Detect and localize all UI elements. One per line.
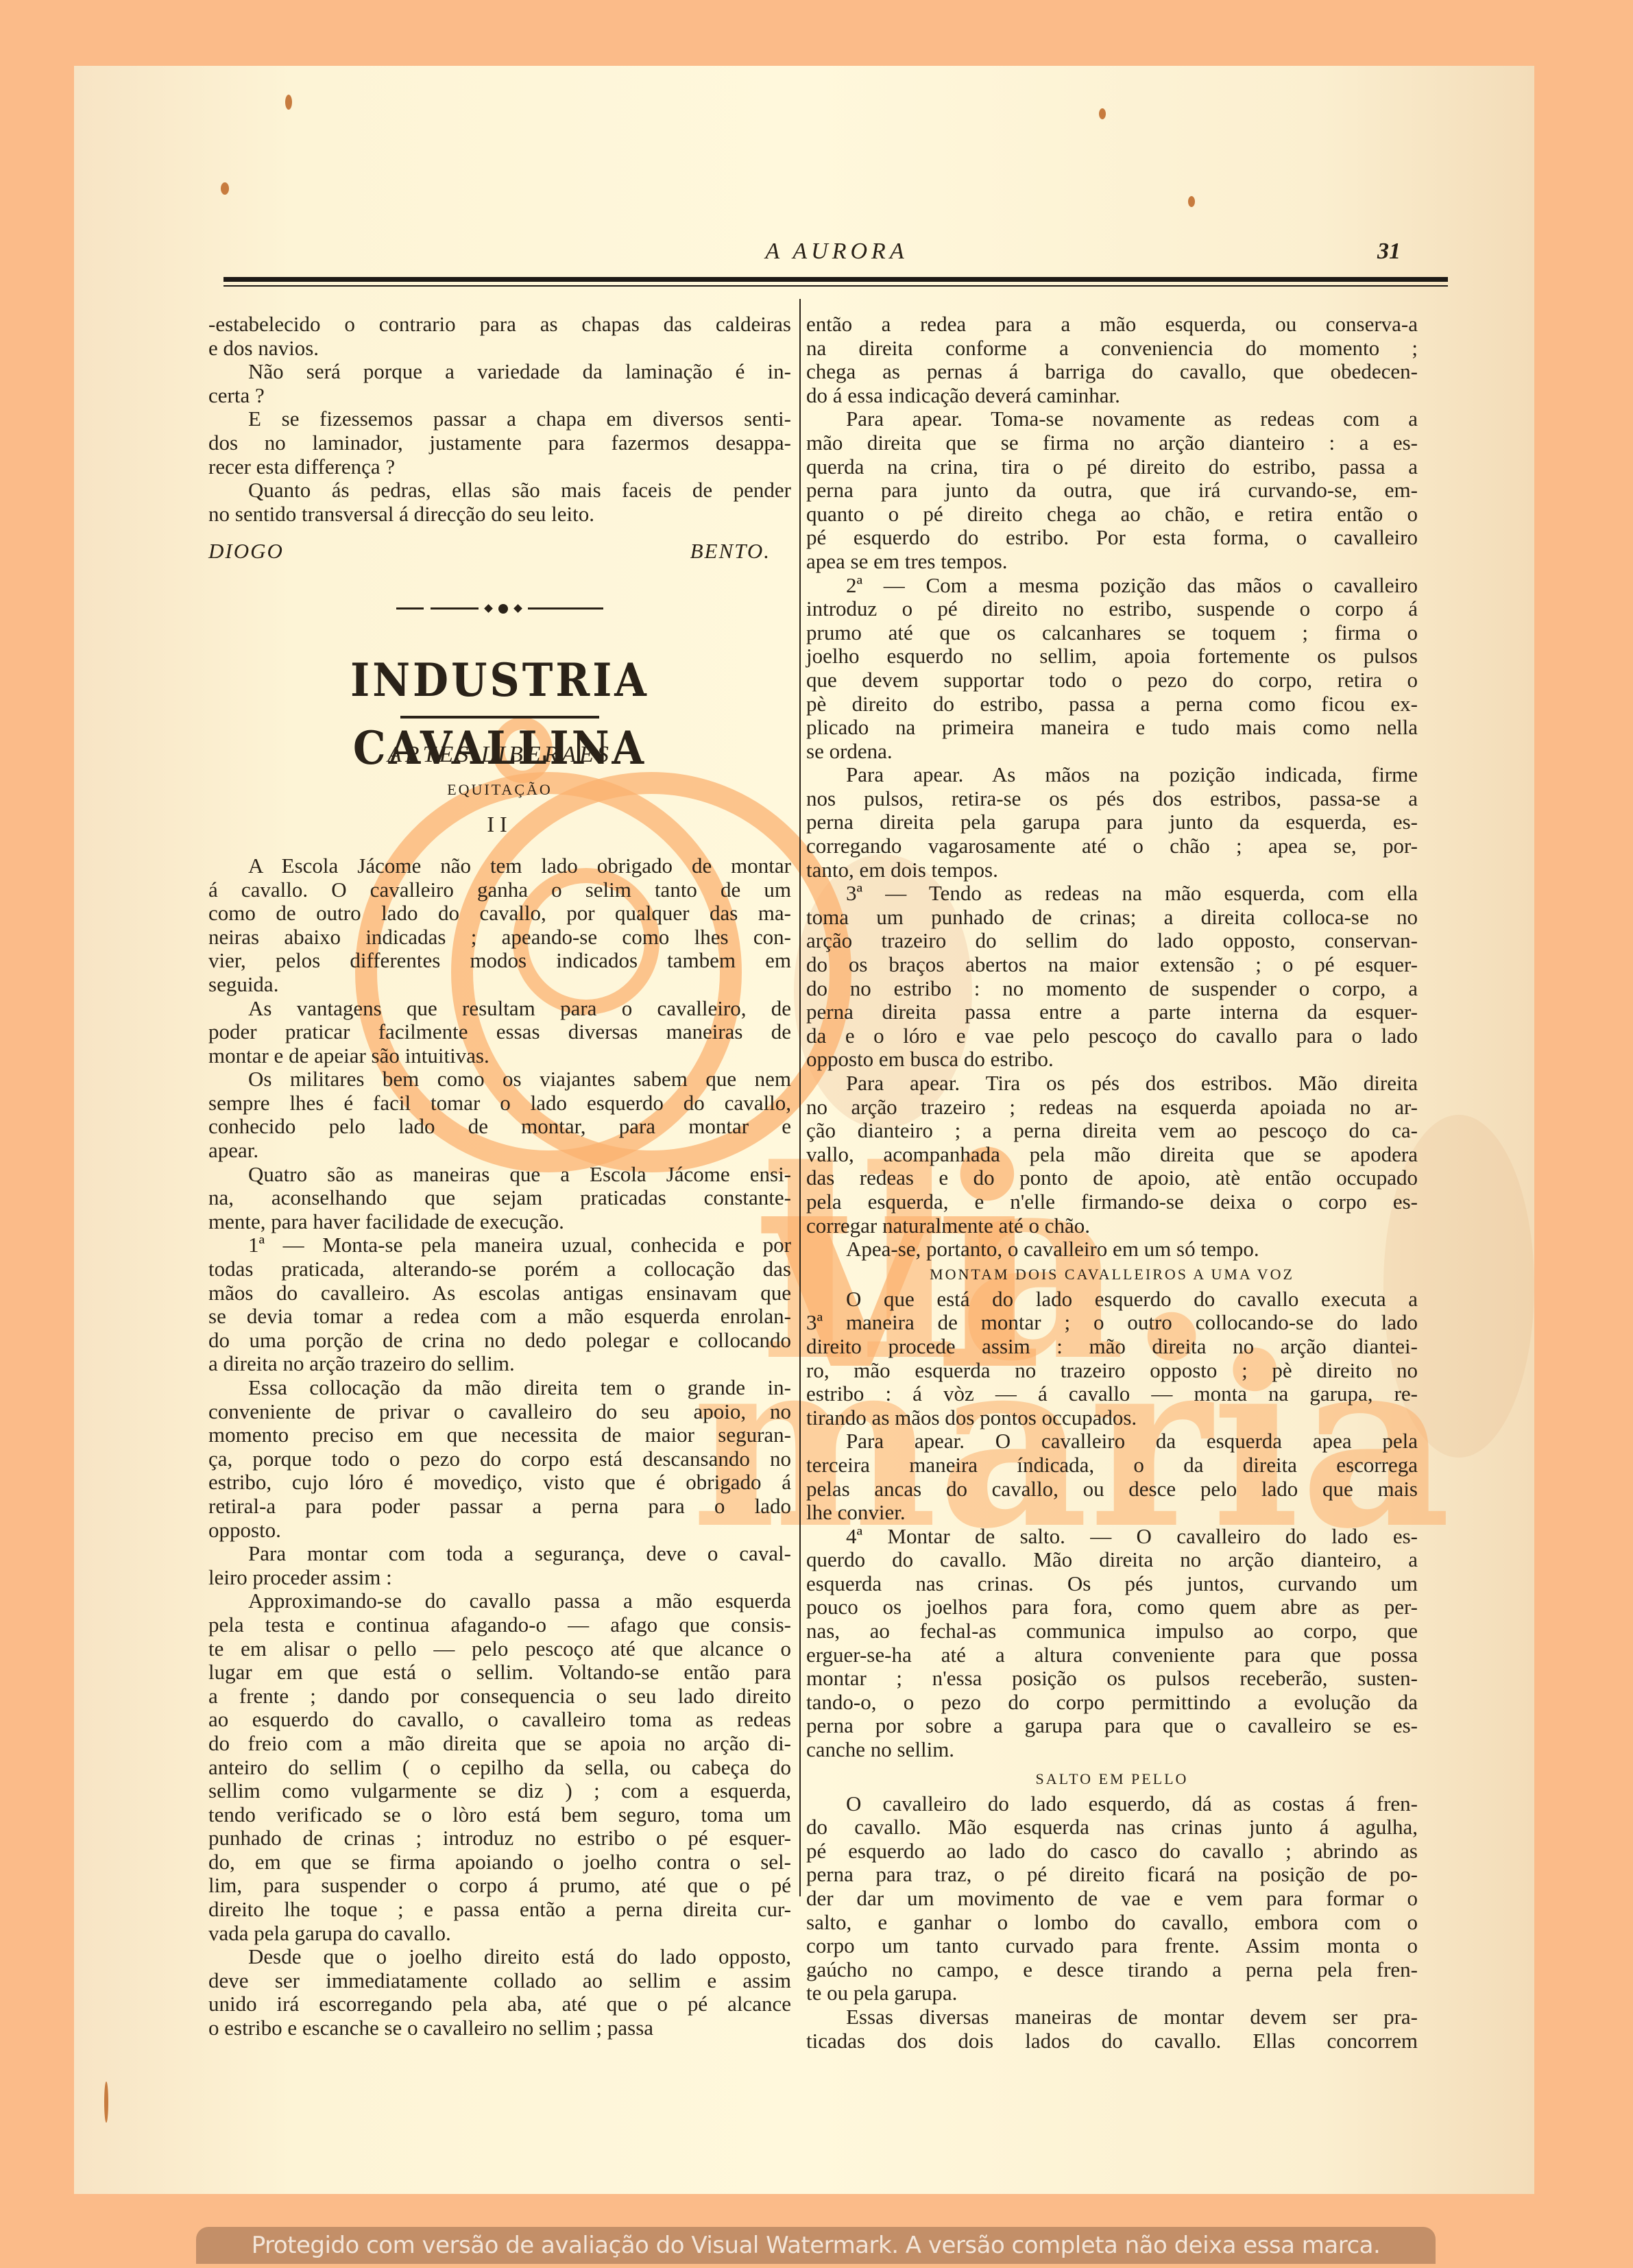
text-line: der dar um movimento de vae e vem para f… xyxy=(806,1887,1418,1911)
text-line: do no estribo : no momento de suspender … xyxy=(806,977,1418,1001)
text-line: Approximando-se do cavallo passa a mão e… xyxy=(208,1589,791,1613)
text-line: Apea-se, portanto, o cavalleiro em um só… xyxy=(806,1238,1418,1262)
page-number: 31 xyxy=(1377,239,1401,265)
text-line: salto, e ganhar o lombo do cavallo, embo… xyxy=(806,1911,1418,1935)
text-line: pouco os joelhos para fora, como quem ab… xyxy=(806,1595,1418,1619)
text-line: esquerda nas crinas. Os pés juntos, curv… xyxy=(806,1572,1418,1596)
text-line: plicado na primeira maneira e tudo mais … xyxy=(806,716,1418,740)
text-line: do freio com a mão direita que se apoia … xyxy=(208,1732,791,1756)
text-line: erguer-se-ha até a altura conveniente pa… xyxy=(806,1643,1418,1667)
text-line: punhado de crinas ; introduz no estribo … xyxy=(208,1826,791,1850)
text-line: querdo do cavallo. Mão direita no arção … xyxy=(806,1548,1418,1572)
text-line: Para apear. O cavalleiro da esquerda ape… xyxy=(806,1429,1418,1453)
text-line: a direita no arção trazeiro do sellim. xyxy=(208,1352,791,1376)
text-line: A Escola Jácome não tem lado obrigado de… xyxy=(208,854,791,878)
text-line: certa ? xyxy=(208,384,791,408)
text-line: pé esquerdo ao lado do casco do cavallo … xyxy=(806,1839,1418,1863)
text-line: tanto, em dois tempos. xyxy=(806,858,1418,882)
text-line: do uma porção de crina no dedo polegar e… xyxy=(208,1329,791,1353)
text-line: 4ª Montar de salto. — O cavalleiro do la… xyxy=(806,1525,1418,1549)
text-line: como de outro lado do cavallo, por qualq… xyxy=(208,902,791,926)
text-line: introduz o pé direito no estribo, suspen… xyxy=(806,597,1418,621)
text-line: pè direito do estribo, passa a perna com… xyxy=(806,692,1418,716)
text-line: vada pela garupa do cavallo. xyxy=(208,1922,791,1946)
section-body: O que está do lado esquerdo do cavallo e… xyxy=(806,1288,1418,1762)
text-line: ao esquerdo do cavallo, o cavalleiro tom… xyxy=(208,1708,791,1732)
text-line: mente, para haver facilidade de execução… xyxy=(208,1210,791,1234)
text-line: 3ª maneira de montar ; o outro collocand… xyxy=(806,1311,1418,1335)
article-title: INDUSTRIA CAVALLINA xyxy=(208,647,791,714)
text-line: Para apear. Tira os pés dos estribos. Mã… xyxy=(806,1072,1418,1096)
paper-stain xyxy=(1099,108,1106,119)
watermark-banner: Protegido com versão de avaliação do Vis… xyxy=(196,2227,1436,2264)
text-line: tando-o, o pezo do corpo permittindo a e… xyxy=(806,1691,1418,1715)
text-line: 3ª — Tendo as redeas na mão esquerda, co… xyxy=(806,882,1418,906)
text-line: a frente ; dando por consequencia o seu … xyxy=(208,1685,791,1709)
text-line: todas praticada, alterando-se porém a co… xyxy=(208,1257,791,1281)
article-body: A Escola Jácome não tem lado obrigado de… xyxy=(208,854,791,2040)
text-line: lugar em que está o sellim. Voltando-se … xyxy=(208,1661,791,1685)
text-line: te em alisar o pello — pelo pescoço até … xyxy=(208,1637,791,1661)
text-line: do, em que se firma apoiando o joelho co… xyxy=(208,1850,791,1874)
text-line: apea se em tres tempos. xyxy=(806,550,1418,574)
text-line: anteiro do sellim ( o cepilho da sella, … xyxy=(208,1756,791,1780)
text-line: canche no sellim. xyxy=(806,1738,1418,1762)
text-line: pelas ancas do cavallo, ou desce pelo la… xyxy=(806,1477,1418,1501)
text-line: na direita conforme a conveniencia do mo… xyxy=(806,337,1418,361)
text-line: joelho esquerdo no sellim, apoia forteme… xyxy=(806,644,1418,668)
header-rule-thick xyxy=(223,277,1448,282)
text-line: tirando as mãos dos pontos occupados. xyxy=(806,1406,1418,1430)
text-line: corregando vagarosamente até o chão ; ap… xyxy=(806,834,1418,858)
text-line: vallo, acompanhada pela mão direita que … xyxy=(806,1143,1418,1167)
text-line: ça, porque todo o pezo do corpo está des… xyxy=(208,1447,791,1471)
text-line: direito procede assim : mão direita no a… xyxy=(806,1335,1418,1359)
text-line: á cavallo. O cavalleiro ganha o selim ta… xyxy=(208,878,791,902)
text-line: no arção trazeiro ; redeas na esquerda a… xyxy=(806,1096,1418,1120)
text-line: As vantagens que resultam para o cavalle… xyxy=(208,997,791,1021)
paper-stain xyxy=(285,95,292,110)
text-line: neiras abaixo indicadas ; apeando-se com… xyxy=(208,926,791,950)
text-line: quanto o pé direito chega ao chão, e ret… xyxy=(806,503,1418,527)
text-line: ro, mão esquerda no trazeiro opposto ; p… xyxy=(806,1359,1418,1383)
text-line: lim, para suspender o corpo á prumo, até… xyxy=(208,1874,791,1898)
left-column: -estabelecido o contrario para as chapas… xyxy=(208,313,791,2040)
text-line: nos pulsos, retira-se os pés dos estribo… xyxy=(806,787,1418,811)
text-line: querda na crina, tira o pé direito do es… xyxy=(806,455,1418,479)
text-line: montar ; n'essa posição os pulsos recebe… xyxy=(806,1667,1418,1691)
text-line: Quanto ás pedras, ellas são mais faceis … xyxy=(208,479,791,503)
text-line: perna para junto da outra, que irá curva… xyxy=(806,479,1418,503)
text-line: nas, ao fechal-as communica impulso ao c… xyxy=(806,1619,1418,1643)
text-line: mão direita que se firma no arção diante… xyxy=(806,431,1418,455)
text-line: seguida. xyxy=(208,973,791,997)
text-line: que devem supportar todo o pezo do corpo… xyxy=(806,668,1418,692)
text-line: estribo : á vòz — á cavallo — monta na g… xyxy=(806,1382,1418,1406)
text-line: sempre lhes é facil tomar o lado esquerd… xyxy=(208,1091,791,1115)
text-line: pela testa e continua afagando-o — afago… xyxy=(208,1613,791,1637)
text-line: do á essa indicação deverá caminhar. xyxy=(806,384,1418,408)
text-line: perna direita passa entre a parte intern… xyxy=(806,1000,1418,1024)
text-line: perna por sobre a garupa para que o cava… xyxy=(806,1714,1418,1738)
text-line: Essa collocação da mão direita tem o gra… xyxy=(208,1376,791,1400)
text-line: 1ª — Monta-se pela maneira uzual, conhec… xyxy=(208,1233,791,1257)
running-header: A AURORA 31 xyxy=(225,239,1449,266)
text-line: se ordena. xyxy=(806,740,1418,764)
text-line: Essas diversas maneiras de montar devem … xyxy=(806,2005,1418,2029)
text-line: conhecido pelo lado de montar, para mont… xyxy=(208,1115,791,1139)
text-line: -estabelecido o contrario para as chapas… xyxy=(208,313,791,337)
text-line: poder praticar facilmente essas diversas… xyxy=(208,1020,791,1044)
text-line: do cavallo. Mão esquerda nas crinas junt… xyxy=(806,1815,1418,1839)
column-divider xyxy=(799,299,801,1896)
text-line: perna para traz, o pé direito ficará na … xyxy=(806,1863,1418,1887)
section-heading: MONTAM DOIS CAVALLEIROS A UMA VOZ xyxy=(806,1262,1418,1288)
text-line: lhe convier. xyxy=(806,1501,1418,1525)
article-part-number: II xyxy=(208,805,791,850)
text-line: Os militares bem como os viajantes sabem… xyxy=(208,1067,791,1091)
text-line: O que está do lado esquerdo do cavallo e… xyxy=(806,1288,1418,1312)
header-rule-thin xyxy=(223,285,1448,287)
text-line: sellim como vulgarmente se diz ) ; com a… xyxy=(208,1779,791,1803)
text-line: Para apear. Toma-se novamente as redeas … xyxy=(806,407,1418,431)
text-line: conveniente de privar o cavalleiro do se… xyxy=(208,1400,791,1424)
text-line: e dos navios. xyxy=(208,337,791,361)
text-line: recer esta differença ? xyxy=(208,455,791,479)
section-heading: SALTO EM PELLO xyxy=(806,1766,1418,1792)
text-line: Desde que o joelho direito está do lado … xyxy=(208,1945,791,1969)
text-line: se devia tomar a redea com a mão esquerd… xyxy=(208,1305,791,1329)
text-line: direito lhe toque ; e passa então a pern… xyxy=(208,1898,791,1922)
text-line: Para apear. As mãos na pozição indicada,… xyxy=(806,763,1418,787)
text-line: leiro proceder assim : xyxy=(208,1566,791,1590)
text-line: O cavalleiro do lado esquerdo, dá as cos… xyxy=(806,1792,1418,1816)
text-line: toma um punhado de crinas; a direita col… xyxy=(806,906,1418,930)
article-body-continued: então a redea para a mão esquerda, ou co… xyxy=(806,313,1418,1262)
text-line: opposto. xyxy=(208,1519,791,1543)
text-line: terceira maneira índicada, o da direita … xyxy=(806,1453,1418,1477)
text-line: da e o lóro e vae pelo pescoço do cavall… xyxy=(806,1024,1418,1048)
text-line: deve ser immediatamente collado ao selli… xyxy=(208,1969,791,1993)
text-line: das redeas e do ponto de apoio, atè entã… xyxy=(806,1166,1418,1190)
paper-stain xyxy=(1188,196,1195,207)
text-line: prumo até que os calcanhares se toquem ;… xyxy=(806,621,1418,645)
text-line: o estribo e escanche se o cavalleiro no … xyxy=(208,2016,791,2040)
text-line: dos no laminador, justamente para fazerm… xyxy=(208,431,791,455)
text-line: 2ª — Com a mesma pozição das mãos o cava… xyxy=(806,574,1418,598)
text-line: apear. xyxy=(208,1139,791,1163)
paper-stain xyxy=(104,2082,108,2123)
text-line: Não será porque a variedade da laminação… xyxy=(208,360,791,384)
text-line: corregar naturalmente até o chão. xyxy=(806,1214,1418,1238)
right-column: então a redea para a mão esquerda, ou co… xyxy=(806,313,1418,2053)
text-line: no sentido transversal á direcção do seu… xyxy=(208,503,791,527)
text-line: vier, pelos differentes modos indicados … xyxy=(208,949,791,973)
text-line: do os braços abertos na maior extensão ;… xyxy=(806,953,1418,977)
text-line: ticadas dos dois lados do cavallo. Ellas… xyxy=(806,2029,1418,2053)
text-line: opposto em busca do estribo. xyxy=(806,1048,1418,1072)
text-line: arção trazeiro do sellim do lado opposto… xyxy=(806,929,1418,953)
newspaper-page: vi lla. maria A AURORA 31 -estabelecido … xyxy=(74,66,1534,2194)
text-line: chega as pernas á barriga do cavallo, qu… xyxy=(806,360,1418,384)
text-line: corpo um tanto curvado para frente. Assi… xyxy=(806,1934,1418,1958)
text-line: te ou pela garupa. xyxy=(806,1981,1418,2005)
text-line: então a redea para a mão esquerda, ou co… xyxy=(806,313,1418,337)
paper-stain xyxy=(221,182,229,195)
text-line: pé esquerdo do estribo. Por esta forma, … xyxy=(806,526,1418,550)
text-line: gaúcho no campo, e desce tirando a perna… xyxy=(806,1958,1418,1982)
author-signature: DIOGO BENTO. xyxy=(208,540,791,564)
text-line: Quatro são as maneiras que a Escola Jáco… xyxy=(208,1163,791,1187)
text-line: ção dianteiro ; a perna direita vem ao p… xyxy=(806,1119,1418,1143)
text-line: pela esquerda, e n'elle firmando-se deix… xyxy=(806,1190,1418,1214)
text-line: retiral-a para poder passar a perna para… xyxy=(208,1495,791,1519)
text-line: estribo, cujo lóro é movediço, visto que… xyxy=(208,1471,791,1495)
text-line: montar e de apeiar são intuitivas. xyxy=(208,1044,791,1068)
text-line: Para montar com toda a segurança, deve o… xyxy=(208,1542,791,1566)
text-line: momento preciso em que necessita de maio… xyxy=(208,1423,791,1447)
section-body: O cavalleiro do lado esquerdo, dá as cos… xyxy=(806,1792,1418,2053)
running-head-title: A AURORA xyxy=(225,239,1449,265)
ornamental-divider xyxy=(208,588,791,629)
text-line: unido irá escorregando pela aba, até que… xyxy=(208,1992,791,2016)
text-line: tendo verificado se o lòro está bem segu… xyxy=(208,1803,791,1827)
text-line: perna direita pela garupa para junto da … xyxy=(806,810,1418,834)
text-line: na, aconselhando que sejam praticadas co… xyxy=(208,1186,791,1210)
text-line: mãos do cavalleiro. As escolas antigas e… xyxy=(208,1281,791,1305)
text-line: E se fizessemos passar a chapa em divers… xyxy=(208,407,791,431)
